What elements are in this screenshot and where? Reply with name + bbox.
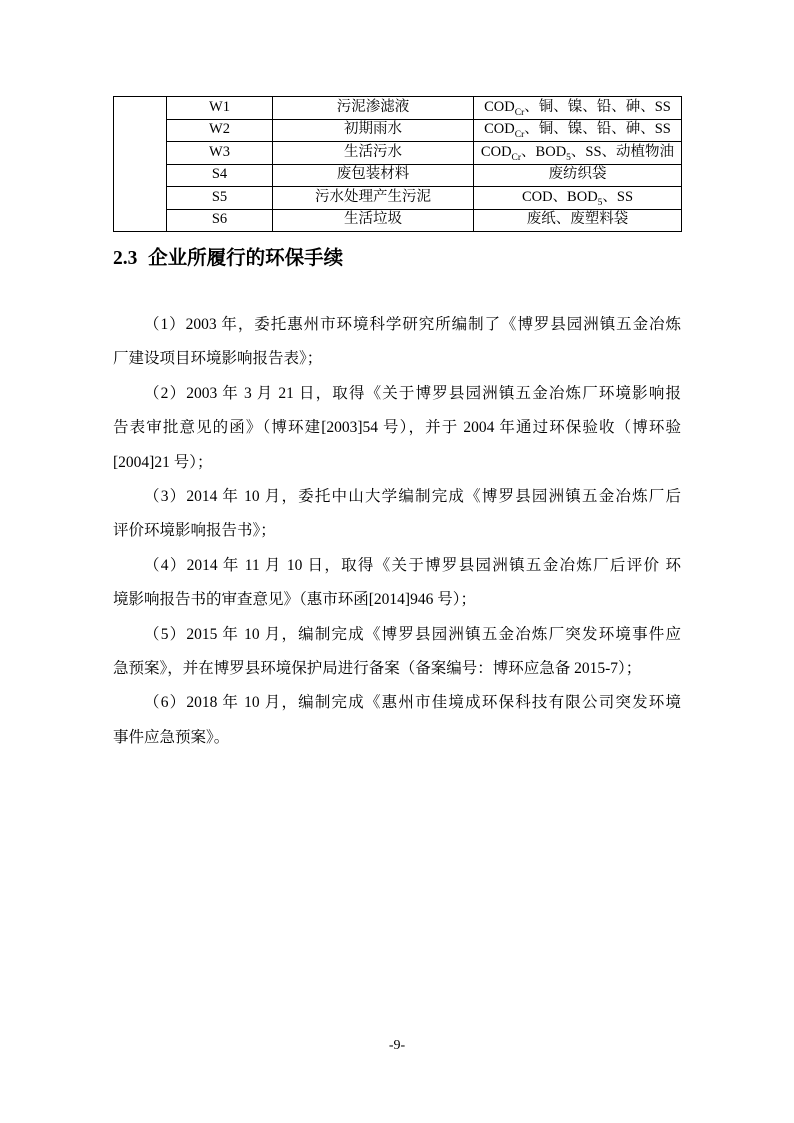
table-row: W1污泥渗滤液CODCr、铜、镍、铅、砷、SS [114,97,682,120]
paragraph-line: （6）2018 年 10 月，编制完成《惠州市佳境成环保科技有限公司突发环境 [113,686,681,720]
cell-stream-id: S5 [167,187,273,210]
paragraph: （1）2003 年，委托惠州市环境科学研究所编制了《博罗县园洲镇五金冶炼厂建设项… [113,308,681,377]
cell-source-name: 污泥渗滤液 [273,97,474,120]
paragraph: （3）2014 年 10 月，委托中山大学编制完成《博罗县园洲镇五金冶炼厂后评价… [113,480,681,549]
pollutant-text: 、BOD [521,144,566,160]
paragraphs: （1）2003 年，委托惠州市环境科学研究所编制了《博罗县园洲镇五金冶炼厂建设项… [113,308,681,755]
paragraph-line: （1）2003 年，委托惠州市环境科学研究所编制了《博罗县园洲镇五金冶炼 [113,308,681,342]
pollutant-text: 废纺织袋 [549,166,607,182]
cell-stream-id: S4 [167,164,273,187]
pollutant-text: 、SS [602,189,633,205]
page-number: -9- [389,1038,405,1053]
pollutant-subscript: Cr [515,108,525,118]
cell-source-name: 生活垃圾 [273,209,474,232]
pollutant-subscript: Cr [512,153,522,163]
paragraph: （2）2003 年 3 月 21 日，取得《关于博罗县园洲镇五金冶炼厂环境影响报… [113,377,681,480]
pollutant-text: 、铜、镍、铅、砷、SS [524,99,671,115]
cell-pollutants: 废纺织袋 [474,164,682,187]
table-row: W2初期雨水CODCr、铜、镍、铅、砷、SS [114,119,682,142]
pollutant-text: 废纸、废塑料袋 [527,211,629,227]
table-row: S4废包装材料废纺织袋 [114,164,682,187]
paragraph-line: [2004]21 号）； [113,446,681,480]
cell-source-name: 初期雨水 [273,119,474,142]
table-row: W3生活污水CODCr、BOD5、SS、动植物油 [114,142,682,165]
paragraph-line: （2）2003 年 3 月 21 日，取得《关于博罗县园洲镇五金冶炼厂环境影响报 [113,377,681,411]
cell-pollutants: CODCr、铜、镍、铅、砷、SS [474,97,682,120]
paragraph: （6）2018 年 10 月，编制完成《惠州市佳境成环保科技有限公司突发环境事件… [113,686,681,755]
merged-category-cell [114,97,167,232]
section-number: 2.3 [113,248,137,269]
cell-stream-id: W1 [167,97,273,120]
pollutant-text: 、SS、动植物油 [571,144,674,160]
pollutant-subscript: Cr [515,130,525,140]
pollutant-text: COD [481,144,512,160]
table-row: S5污水处理产生污泥COD、BOD5、SS [114,187,682,210]
cell-pollutants: CODCr、BOD5、SS、动植物油 [474,142,682,165]
paragraph-line: 厂建设项目环境影响报告表》； [113,342,681,376]
cell-stream-id: S6 [167,209,273,232]
cell-pollutants: 废纸、废塑料袋 [474,209,682,232]
paragraph-line: 评价环境影响报告书》； [113,514,681,548]
paragraph-line: 告表审批意见的函》（博环建[2003]54 号），并于 2004 年通过环保验收… [113,411,681,445]
cell-source-name: 生活污水 [273,142,474,165]
paragraph: （4）2014 年 11 月 10 日，取得《关于博罗县园洲镇五金冶炼厂后评价 … [113,549,681,618]
paragraph-line: 急预案》，并在博罗县环境保护局进行备案（备案编号：博环应急备 2015-7）； [113,652,681,686]
pollutant-text: COD [484,121,515,137]
pollutant-source-table: W1污泥渗滤液CODCr、铜、镍、铅、砷、SSW2初期雨水CODCr、铜、镍、铅… [113,96,682,232]
page-footer: -9- [0,1037,794,1055]
paragraph-line: （3）2014 年 10 月，委托中山大学编制完成《博罗县园洲镇五金冶炼厂后 [113,480,681,514]
section-heading: 2.3企业所履行的环保手续 [113,245,681,273]
pollutant-text: COD [484,99,515,115]
paragraph-line: 境影响报告书的审查意见》（惠市环函[2014]946 号）； [113,583,681,617]
cell-stream-id: W3 [167,142,273,165]
cell-pollutants: COD、BOD5、SS [474,187,682,210]
pollutant-table-body: W1污泥渗滤液CODCr、铜、镍、铅、砷、SSW2初期雨水CODCr、铜、镍、铅… [114,97,682,232]
pollutant-text: 、铜、镍、铅、砷、SS [524,121,671,137]
paragraph: （5）2015 年 10 月，编制完成《博罗县园洲镇五金冶炼厂突发环境事件应急预… [113,618,681,687]
cell-source-name: 污水处理产生污泥 [273,187,474,210]
cell-source-name: 废包装材料 [273,164,474,187]
cell-pollutants: CODCr、铜、镍、铅、砷、SS [474,119,682,142]
paragraph-line: 事件应急预案》。 [113,721,681,755]
cell-stream-id: W2 [167,119,273,142]
section-title: 企业所履行的环保手续 [148,248,343,269]
pollutant-text: COD、BOD [522,189,598,205]
document-page: W1污泥渗滤液CODCr、铜、镍、铅、砷、SSW2初期雨水CODCr、铜、镍、铅… [0,0,794,1123]
paragraph-line: （5）2015 年 10 月，编制完成《博罗县园洲镇五金冶炼厂突发环境事件应 [113,618,681,652]
table-row: S6生活垃圾废纸、废塑料袋 [114,209,682,232]
paragraph-line: （4）2014 年 11 月 10 日，取得《关于博罗县园洲镇五金冶炼厂后评价 … [113,549,681,583]
